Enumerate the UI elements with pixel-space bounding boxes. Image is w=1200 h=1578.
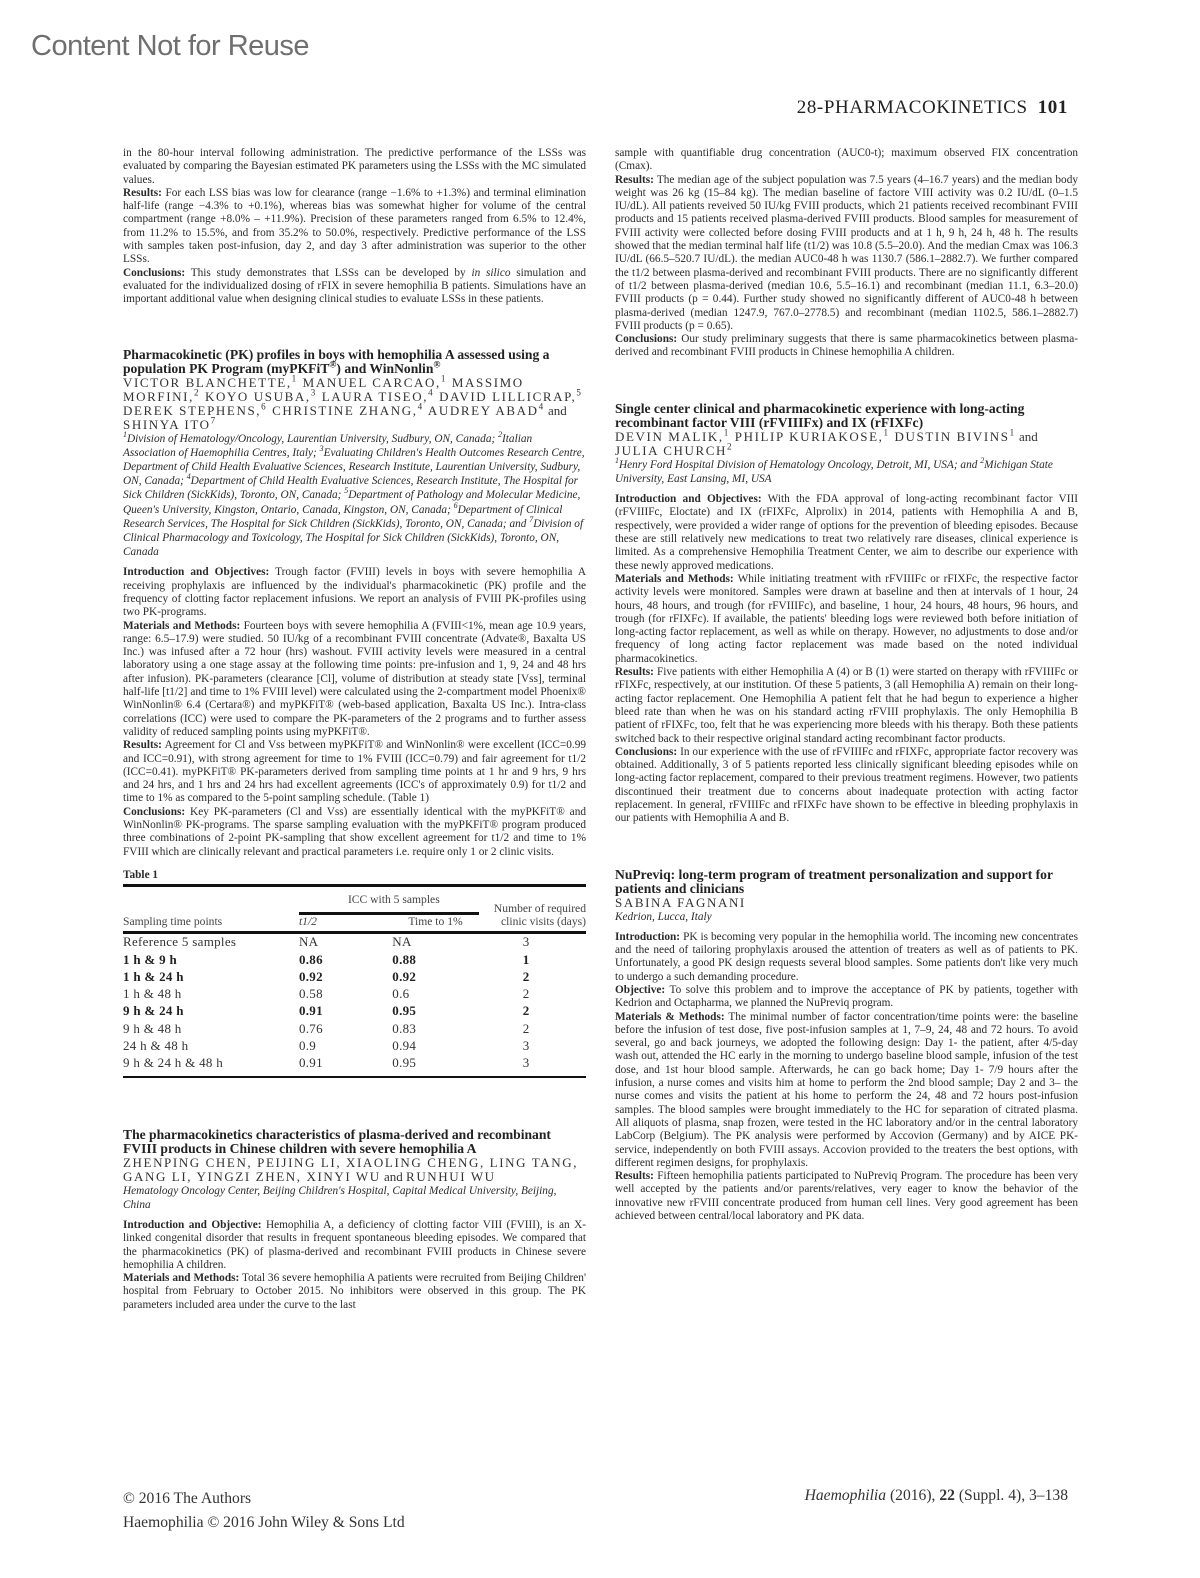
conclusions-text: In our experience with the use of rFVIII… xyxy=(615,746,1078,824)
methods-label: Materials and Methods: xyxy=(123,620,240,632)
methods-paragraph: Materials and Methods: While initiating … xyxy=(615,573,1078,666)
cell-thalf: 0.9 xyxy=(299,1038,382,1055)
column-header-visits: Number of required clinic visits (days) xyxy=(489,886,586,933)
methods-continuation: sample with quantifiable drug concentrat… xyxy=(615,147,1078,174)
author: PHILIP KURIAKOSE,1 xyxy=(730,429,890,444)
results-paragraph: Results: The median age of the subject p… xyxy=(615,174,1078,334)
methods-label: Materials and Methods: xyxy=(123,1272,239,1284)
results-text: The median age of the subject population… xyxy=(615,174,1078,332)
conclusions-label: Conclusions: xyxy=(615,333,677,345)
cell-visits: 2 xyxy=(489,969,586,986)
author-list: SABINA FAGNANI xyxy=(615,896,1078,910)
author: JULIA CHURCH2 xyxy=(615,443,733,458)
table-row: 9 h & 24 h & 48 h0.910.953 xyxy=(123,1055,586,1076)
intro-text: PK is becoming very popular in the hemop… xyxy=(615,931,1078,983)
table-row: 1 h & 48 h0.580.62 xyxy=(123,986,586,1003)
author: SHINYA ITO7 xyxy=(123,417,217,432)
cell-sampling-points: 9 h & 48 h xyxy=(123,1021,299,1038)
methods-text: The minimal number of factor concentrati… xyxy=(615,1011,1078,1169)
article-title: NuPreviq: long-term program of treatment… xyxy=(615,868,1078,896)
results-label: Results: xyxy=(615,1170,654,1182)
table-row: Reference 5 samplesNANA3 xyxy=(123,933,586,952)
intro-label: Introduction and Objectives: xyxy=(123,566,269,578)
cell-visits: 1 xyxy=(489,952,586,969)
cell-sampling-points: 1 h & 9 h xyxy=(123,952,299,969)
article-title: The pharmacokinetics characteristics of … xyxy=(123,1128,586,1156)
footer-citation: Haemophilia (2016), 22 (Suppl. 4), 3–138 xyxy=(805,1487,1068,1505)
column-header-time-to-1pct: Time to 1% xyxy=(382,915,488,933)
cell-thalf: 0.91 xyxy=(299,1055,382,1076)
intro-label: Introduction: xyxy=(615,931,680,943)
conclusions-paragraph: Conclusions: Key PK-parameters (Cl and V… xyxy=(123,806,586,859)
copyright-publisher: Haemophilia © 2016 John Wiley & Sons Ltd xyxy=(123,1511,405,1535)
affiliations: 1Division of Hematology/Oncology, Lauren… xyxy=(123,432,586,560)
and-conjunction: and xyxy=(1016,429,1038,444)
introduction-paragraph: Introduction and Objectives: With the FD… xyxy=(615,493,1078,573)
objective-paragraph: Objective: To solve this problem and to … xyxy=(615,984,1078,1011)
introduction-paragraph: Introduction: PK is becoming very popula… xyxy=(615,931,1078,984)
cell-visits: 2 xyxy=(489,1021,586,1038)
article-title: Pharmacokinetic (PK) profiles in boys wi… xyxy=(123,348,586,376)
conclusions-text: Our study preliminary suggests that ther… xyxy=(615,333,1078,358)
column-group-header: ICC with 5 samples xyxy=(299,886,489,916)
results-label: Results: xyxy=(123,187,162,199)
methods-paragraph: Materials and Methods: Fourteen boys wit… xyxy=(123,620,586,740)
cell-sampling-points: 9 h & 24 h & 48 h xyxy=(123,1055,299,1076)
results-text: Five patients with either Hemophilia A (… xyxy=(615,666,1078,744)
cell-visits: 2 xyxy=(489,986,586,1003)
results-text: Agreement for Cl and Vss between myPKFiT… xyxy=(123,739,586,804)
results-paragraph: Results: Agreement for Cl and Vss betwee… xyxy=(123,739,586,805)
results-paragraph: Results: Five patients with either Hemop… xyxy=(615,666,1078,746)
methods-label: Materials & Methods: xyxy=(615,1011,725,1023)
conclusions-label: Conclusions: xyxy=(123,267,185,279)
cell-thalf: NA xyxy=(299,933,382,952)
cell-time-to-1pct: NA xyxy=(382,933,488,952)
cell-time-to-1pct: 0.88 xyxy=(382,952,488,969)
author: DAVID LILLICRAP,5 xyxy=(434,389,582,404)
conclusions-paragraph: Conclusions: This study demonstrates tha… xyxy=(123,267,586,307)
table-body: Reference 5 samplesNANA31 h & 9 h0.860.8… xyxy=(123,933,586,1077)
methods-paragraph: Materials and Methods: Total 36 severe h… xyxy=(123,1272,586,1312)
cell-thalf: 0.86 xyxy=(299,952,382,969)
author: DEVIN MALIK,1 xyxy=(615,429,730,444)
methods-text: Fourteen boys with severe hemophilia A (… xyxy=(123,620,586,738)
table-row: 9 h & 24 h0.910.952 xyxy=(123,1003,586,1020)
page-number: 101 xyxy=(1038,97,1068,118)
introduction-paragraph: Introduction and Objective: Hemophilia A… xyxy=(123,1219,586,1272)
intro-label: Introduction and Objective: xyxy=(123,1219,262,1231)
results-paragraph: Results: For each LSS bias was low for c… xyxy=(123,187,586,267)
section-title: 28-PHARMACOKINETICS xyxy=(797,97,1028,118)
cell-visits: 2 xyxy=(489,1003,586,1020)
cell-sampling-points: 24 h & 48 h xyxy=(123,1038,299,1055)
cell-visits: 3 xyxy=(489,1055,586,1076)
conclusions-label: Conclusions: xyxy=(123,806,185,818)
right-column: sample with quantifiable drug concentrat… xyxy=(615,147,1078,1223)
abstract-single-center: Single center clinical and pharmacokinet… xyxy=(615,402,1078,826)
methods-label: Materials and Methods: xyxy=(615,573,734,585)
abstract-chinese-children: The pharmacokinetics characteristics of … xyxy=(123,1128,586,1312)
cell-time-to-1pct: 0.92 xyxy=(382,969,488,986)
cell-sampling-points: 9 h & 24 h xyxy=(123,1003,299,1020)
left-column: in the 80-hour interval following admini… xyxy=(123,147,586,1312)
conclusions-italic: in silico xyxy=(471,267,510,279)
column-header-sampling: Sampling time points xyxy=(123,915,299,933)
conclusions-label: Conclusions: xyxy=(615,746,677,758)
author: CHRISTINE ZHANG,4 xyxy=(267,403,424,418)
cell-visits: 3 xyxy=(489,933,586,952)
author: DEREK STEPHENS,6 xyxy=(123,403,267,418)
abstract-pk-boys: Pharmacokinetic (PK) profiles in boys wi… xyxy=(123,348,586,1078)
footer-copyright: © 2016 The Authors Haemophilia © 2016 Jo… xyxy=(123,1487,405,1535)
abstract-nupreviq: NuPreviq: long-term program of treatment… xyxy=(615,868,1078,1224)
cell-time-to-1pct: 0.6 xyxy=(382,986,488,1003)
cell-sampling-points: 1 h & 48 h xyxy=(123,986,299,1003)
volume: 22 xyxy=(939,1487,955,1504)
author-list: ZHENPING CHEN, PEIJING LI, XIAOLING CHEN… xyxy=(123,1156,586,1184)
author: VICTOR BLANCHETTE,1 xyxy=(123,375,298,390)
registered-mark: ® xyxy=(433,360,440,370)
table-row: 1 h & 24 h0.920.922 xyxy=(123,969,586,986)
author: AUDREY ABAD4 xyxy=(424,403,545,418)
cell-thalf: 0.76 xyxy=(299,1021,382,1038)
intro-label: Introduction and Objectives: xyxy=(615,493,762,505)
table-row: 1 h & 9 h0.860.881 xyxy=(123,952,586,969)
table-caption: Table 1 xyxy=(123,869,586,882)
cell-time-to-1pct: 0.94 xyxy=(382,1038,488,1055)
conclusions-text: Key PK-parameters (Cl and Vss) are essen… xyxy=(123,806,586,858)
author-list: DEVIN MALIK,1 PHILIP KURIAKOSE,1 DUSTIN … xyxy=(615,430,1078,458)
introduction-paragraph: Introduction and Objectives: Trough fact… xyxy=(123,566,586,619)
methods-text: While initiating treatment with rFVIIIFc… xyxy=(615,573,1078,665)
cell-time-to-1pct: 0.95 xyxy=(382,1003,488,1020)
results-label: Results: xyxy=(615,666,654,678)
objective-text: To solve this problem and to improve the… xyxy=(615,984,1078,1009)
affiliations: 1Henry Ford Hospital Division of Hematol… xyxy=(615,458,1078,486)
cell-sampling-points: 1 h & 24 h xyxy=(123,969,299,986)
watermark: Content Not for Reuse xyxy=(31,30,309,63)
and-conjunction: and xyxy=(545,403,567,418)
cell-visits: 3 xyxy=(489,1038,586,1055)
cell-thalf: 0.91 xyxy=(299,1003,382,1020)
article-title: Single center clinical and pharmacokinet… xyxy=(615,402,1078,430)
cell-thalf: 0.92 xyxy=(299,969,382,986)
cell-time-to-1pct: 0.83 xyxy=(382,1021,488,1038)
author: KOYO USUBA,3 xyxy=(200,389,317,404)
copyright-authors: © 2016 The Authors xyxy=(123,1487,405,1511)
conclusions-paragraph: Conclusions: Our study preliminary sugge… xyxy=(615,333,1078,360)
methods-paragraph: Materials & Methods: The minimal number … xyxy=(615,1011,1078,1171)
citation-year: (2016), xyxy=(886,1487,939,1504)
column-header-thalf: t1/2 xyxy=(299,915,382,933)
author: DUSTIN BIVINS1 xyxy=(890,429,1016,444)
author-list: VICTOR BLANCHETTE,1 MANUEL CARCAO,1 MASS… xyxy=(123,376,586,432)
cell-sampling-points: Reference 5 samples xyxy=(123,933,299,952)
author: MANUEL CARCAO,1 xyxy=(298,375,447,390)
author: LAURA TISEO,4 xyxy=(317,389,434,404)
abstract-continuation-lss: in the 80-hour interval following admini… xyxy=(123,147,586,307)
abstract-continuation-chinese: sample with quantifiable drug concentrat… xyxy=(615,147,1078,360)
citation-pages: (Suppl. 4), 3–138 xyxy=(955,1487,1068,1504)
icc-table: ICC with 5 samples Number of required cl… xyxy=(123,884,586,1077)
results-text: For each LSS bias was low for clearance … xyxy=(123,187,586,265)
affiliation: Kedrion, Lucca, Italy xyxy=(615,910,1078,924)
title-text-cont: ) and WinNonlin xyxy=(336,361,433,376)
results-label: Results: xyxy=(123,739,162,751)
objective-label: Objective: xyxy=(615,984,665,996)
table-row: 24 h & 48 h0.90.943 xyxy=(123,1038,586,1055)
conclusions-paragraph: Conclusions: In our experience with the … xyxy=(615,746,1078,826)
cell-thalf: 0.58 xyxy=(299,986,382,1003)
running-head: 28-PHARMACOKINETICS101 xyxy=(797,97,1068,119)
results-paragraph: Results: Fifteen hemophilia patients par… xyxy=(615,1170,1078,1223)
abstract-text: in the 80-hour interval following admini… xyxy=(123,147,586,187)
results-label: Results: xyxy=(615,174,654,186)
table-row: 9 h & 48 h0.760.832 xyxy=(123,1021,586,1038)
conclusions-text: This study demonstrates that LSSs can be… xyxy=(185,267,471,279)
journal-name: Haemophilia xyxy=(805,1487,886,1504)
results-text: Fifteen hemophilia patients participated… xyxy=(615,1170,1078,1222)
cell-time-to-1pct: 0.95 xyxy=(382,1055,488,1076)
affiliation: Hematology Oncology Center, Beijing Chil… xyxy=(123,1184,586,1212)
